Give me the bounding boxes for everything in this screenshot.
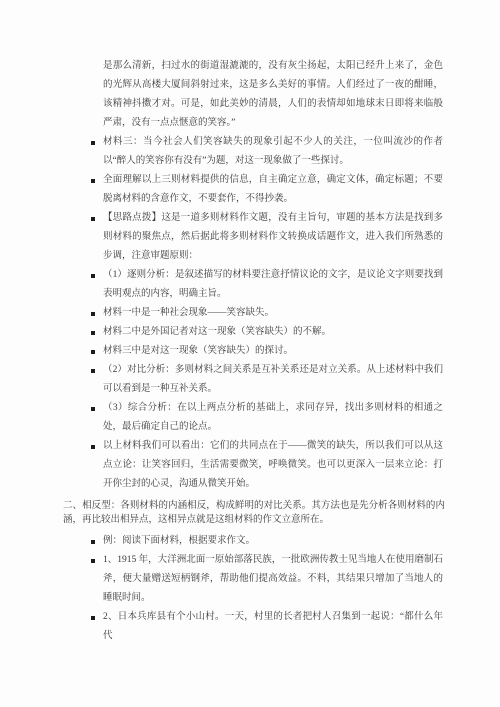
intro-paragraph: 是那么清新，扫过水的街道湿漉漉的，没有灰尘扬起，太阳已经升上来了，金色的光辉从高… xyxy=(103,57,443,133)
bullet-item: 以上材料我们可以看出：它们的共同点在于——微笑的缺失，所以我们可以从这点立论：让… xyxy=(103,437,443,494)
bullet-item: 材料三：当今社会人们笑容缺失的现象引起不少人的关注，一位叫流沙的作者以“醉人的笑… xyxy=(103,133,443,171)
document-body: 是那么清新，扫过水的街道湿漉漉的，没有灰尘扬起，太阳已经升上来了，金色的光辉从高… xyxy=(0,57,500,646)
bullet-square-icon xyxy=(91,540,95,544)
bullet-item: 例：阅读下面材料，根据要求作文。 xyxy=(103,532,443,551)
section-heading-type2: 二、相反型：各则材料的内涵相反，构成鲜明的对比关系。其方法也是先分析各则材料的内… xyxy=(63,500,445,527)
bullet-item-text: （3）综合分析：在以上两点分析的基础上，求同存异，找出多则材料的相通之处，最后确… xyxy=(103,403,443,432)
bullet-item-text: 以上材料我们可以看出：它们的共同点在于——微笑的缺失，所以我们可以从这点立论：让… xyxy=(103,441,443,489)
bullet-square-icon xyxy=(91,559,95,563)
bullet-list-analysis: 材料三：当今社会人们笑容缺失的现象引起不少人的关注，一位叫流沙的作者以“醉人的笑… xyxy=(0,133,500,494)
bullet-square-icon xyxy=(91,331,95,335)
document-page: 是那么清新，扫过水的街道湿漉漉的，没有灰尘扬起，太阳已经升上来了，金色的光辉从高… xyxy=(0,0,500,707)
bullet-item: 1、1915 年，大洋洲北面一原始部落民族，一批欧洲传教士见当地人在使用磨制石斧… xyxy=(103,551,443,608)
bullet-item-text: 【思路点拨】这是一道多则材料作文题，没有主旨句，审题的基本方法是找到多则材料的聚… xyxy=(103,213,443,261)
bullet-item-text: 材料三中是对这一现象（笑容缺失）的探讨。 xyxy=(103,346,293,356)
bullet-item: 全面理解以上三则材料提供的信息，自主确定立意，确定文体，确定标题；不要脱离材料的… xyxy=(103,171,443,209)
bullet-item: （3）综合分析：在以上两点分析的基础上，求同存异，找出多则材料的相通之处，最后确… xyxy=(103,399,443,437)
bullet-item-text: 全面理解以上三则材料提供的信息，自主确定立意，确定文体，确定标题；不要脱离材料的… xyxy=(103,175,443,204)
bullet-item: （1）逐则分析：是叙述描写的材料要注意抒情议论的文字，是议论文字则要找到表明观点… xyxy=(103,266,443,304)
bullet-square-icon xyxy=(91,350,95,354)
bullet-square-icon xyxy=(91,179,95,183)
bullet-item-text: （2）对比分析：多则材料之间关系是互补关系还是对立关系。从上述材料中我们可以看到… xyxy=(103,365,443,394)
bullet-item: 【思路点拨】这是一道多则材料作文题，没有主旨句，审题的基本方法是找到多则材料的聚… xyxy=(103,209,443,266)
bullet-item-text: 材料二中是外国记者对这一现象（笑容缺失）的不解。 xyxy=(103,327,331,337)
bullet-item: 材料一中是一种社会现象——笑容缺失。 xyxy=(103,304,443,323)
bullet-list-example: 例：阅读下面材料，根据要求作文。 1、1915 年，大洋洲北面一原始部落民族，一… xyxy=(0,532,500,646)
bullet-item-text: 1、1915 年，大洋洲北面一原始部落民族，一批欧洲传教士见当地人在使用磨制石斧… xyxy=(103,555,443,603)
bullet-square-icon xyxy=(91,217,95,221)
bullet-item-text: （1）逐则分析：是叙述描写的材料要注意抒情议论的文字，是议论文字则要找到表明观点… xyxy=(103,270,443,299)
bullet-square-icon xyxy=(91,312,95,316)
bullet-item-text: 例：阅读下面材料，根据要求作文。 xyxy=(103,536,255,546)
bullet-item: 材料二中是外国记者对这一现象（笑容缺失）的不解。 xyxy=(103,323,443,342)
bullet-square-icon xyxy=(91,616,95,620)
bullet-square-icon xyxy=(91,445,95,449)
bullet-square-icon xyxy=(91,274,95,278)
bullet-square-icon xyxy=(91,369,95,373)
bullet-item: 2、日本兵库县有个小山村。一天，村里的长者把村人召集到一起说：“都什么年代 xyxy=(103,608,443,646)
bullet-item-text: 材料三：当今社会人们笑容缺失的现象引起不少人的关注，一位叫流沙的作者以“醉人的笑… xyxy=(103,137,443,166)
bullet-item-text: 材料一中是一种社会现象——笑容缺失。 xyxy=(103,308,274,318)
bullet-item-text: 2、日本兵库县有个小山村。一天，村里的长者把村人召集到一起说：“都什么年代 xyxy=(103,612,443,641)
bullet-item: 材料三中是对这一现象（笑容缺失）的探讨。 xyxy=(103,342,443,361)
bullet-square-icon xyxy=(91,407,95,411)
bullet-square-icon xyxy=(91,141,95,145)
bullet-item: （2）对比分析：多则材料之间关系是互补关系还是对立关系。从上述材料中我们可以看到… xyxy=(103,361,443,399)
